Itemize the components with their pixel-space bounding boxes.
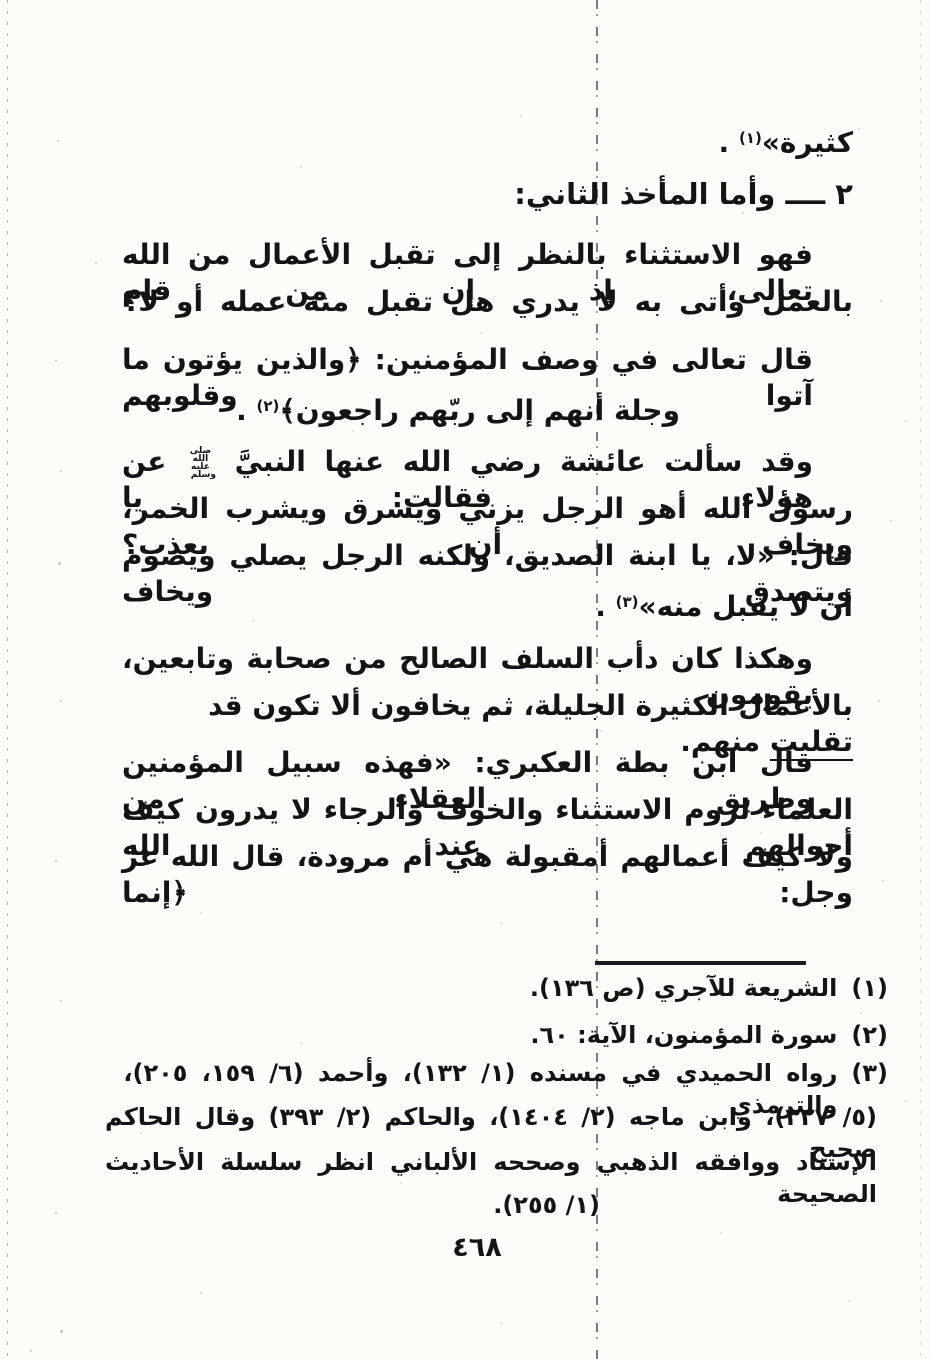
text-run: كثيرة»	[762, 126, 853, 159]
text-run: ولا كيف أعمالهم أمقبولة هي أم مرودة، قال…	[122, 840, 853, 909]
footnote-text: سورة المؤمنون، الآية: ٦٠.	[530, 1019, 837, 1051]
left-edge-artifact	[7, 0, 8, 1359]
footnote-line: (٢)سورة المؤمنون، الآية: ٦٠.	[530, 1019, 888, 1051]
scan-speckle	[200, 1292, 202, 1294]
scan-speckle	[890, 520, 892, 522]
footnote-separator-rule	[595, 961, 806, 965]
scan-speckle	[858, 128, 860, 130]
body-line: وجلة أنهم إلى ربّهم راجعون﴾(٢) .	[236, 388, 680, 429]
text-run: .	[719, 126, 739, 159]
right-edge-artifact	[920, 0, 921, 1359]
footnote-marker: (٢)	[851, 1019, 888, 1051]
scan-speckle	[520, 115, 522, 117]
text-run: وقد سألت عائشة رضي الله عنها النبيَّ	[216, 445, 813, 478]
footnote-marker: (٣)	[851, 1057, 888, 1089]
scan-speckle	[60, 1000, 62, 1002]
text-run: وجلة أنهم إلى ربّهم راجعون﴾	[279, 394, 680, 427]
page-number: ٤٦٨	[24, 1232, 930, 1263]
scan-speckle	[905, 420, 907, 422]
scan-speckle	[57, 140, 59, 142]
footnote-marker: (١)	[851, 972, 888, 1004]
saw-ligature: صلى الله عليه وسلم	[185, 447, 216, 479]
footnote-text: (١/ ٢٥٥).	[493, 1189, 600, 1221]
scan-speckle	[300, 1042, 302, 1044]
body-line: أن لا يقبل منه»(٣) .	[122, 584, 853, 625]
scan-speckle	[200, 912, 202, 914]
footnote-text: الشريعة للآجري (ص ١٣٦).	[530, 972, 838, 1004]
scan-speckle	[905, 1100, 907, 1102]
body-line: بالعمل وأتى به لا يدري هل تقبل منه عمله …	[122, 284, 853, 320]
scan-speckle	[60, 470, 62, 472]
text-run: .	[595, 590, 615, 623]
body-line: ولا كيف أعمالهم أمقبولة هي أم مرودة، قال…	[122, 839, 853, 911]
scanned-book-page: كثيرة»(١) .٢ ــــ وأما المأخذ الثاني:فهو…	[0, 0, 930, 1359]
footnote-text: الإسناد ووافقه الذهبي وصححه الألباني انظ…	[105, 1146, 877, 1210]
scan-speckle	[58, 562, 61, 565]
scan-speckle	[55, 860, 57, 862]
footnote-ref: (٣)	[616, 593, 639, 611]
text-run: ٢ ــــ وأما المأخذ الثاني:	[514, 177, 853, 211]
scan-speckle	[55, 360, 57, 362]
footnote-ref: (١)	[739, 129, 762, 147]
scan-speckle	[860, 1012, 862, 1014]
scan-speckle	[500, 922, 502, 924]
scan-speckle	[55, 1212, 57, 1214]
scan-speckle	[95, 262, 97, 264]
scan-speckle	[300, 166, 302, 168]
scan-speckle	[480, 332, 482, 334]
footnote-ref: (٢)	[257, 397, 280, 415]
scan-speckle	[60, 1330, 63, 1333]
text-run: بالعمل وأتى به لا يدري هل تقبل منه عمله …	[122, 285, 853, 318]
scan-speckle	[60, 700, 62, 702]
scan-speckle	[880, 300, 882, 302]
body-line: كثيرة»(١) .	[122, 120, 853, 161]
text-run: بالأعمال الكثيرة الجليلة، ثم يخافون ألا …	[208, 689, 853, 722]
scan-speckle	[878, 700, 880, 702]
text-run: .	[236, 394, 256, 427]
scan-speckle	[500, 1322, 502, 1324]
scan-speckle	[30, 1350, 32, 1352]
scan-speckle	[352, 430, 354, 432]
footnote-line: (١)الشريعة للآجري (ص ١٣٦).	[530, 972, 888, 1004]
scan-speckle	[742, 212, 744, 214]
scan-speckle	[848, 1300, 850, 1302]
scan-speckle	[882, 880, 884, 882]
text-run: أن لا يقبل منه»	[638, 590, 853, 623]
section-heading: ٢ ــــ وأما المأخذ الثاني:	[122, 176, 853, 212]
